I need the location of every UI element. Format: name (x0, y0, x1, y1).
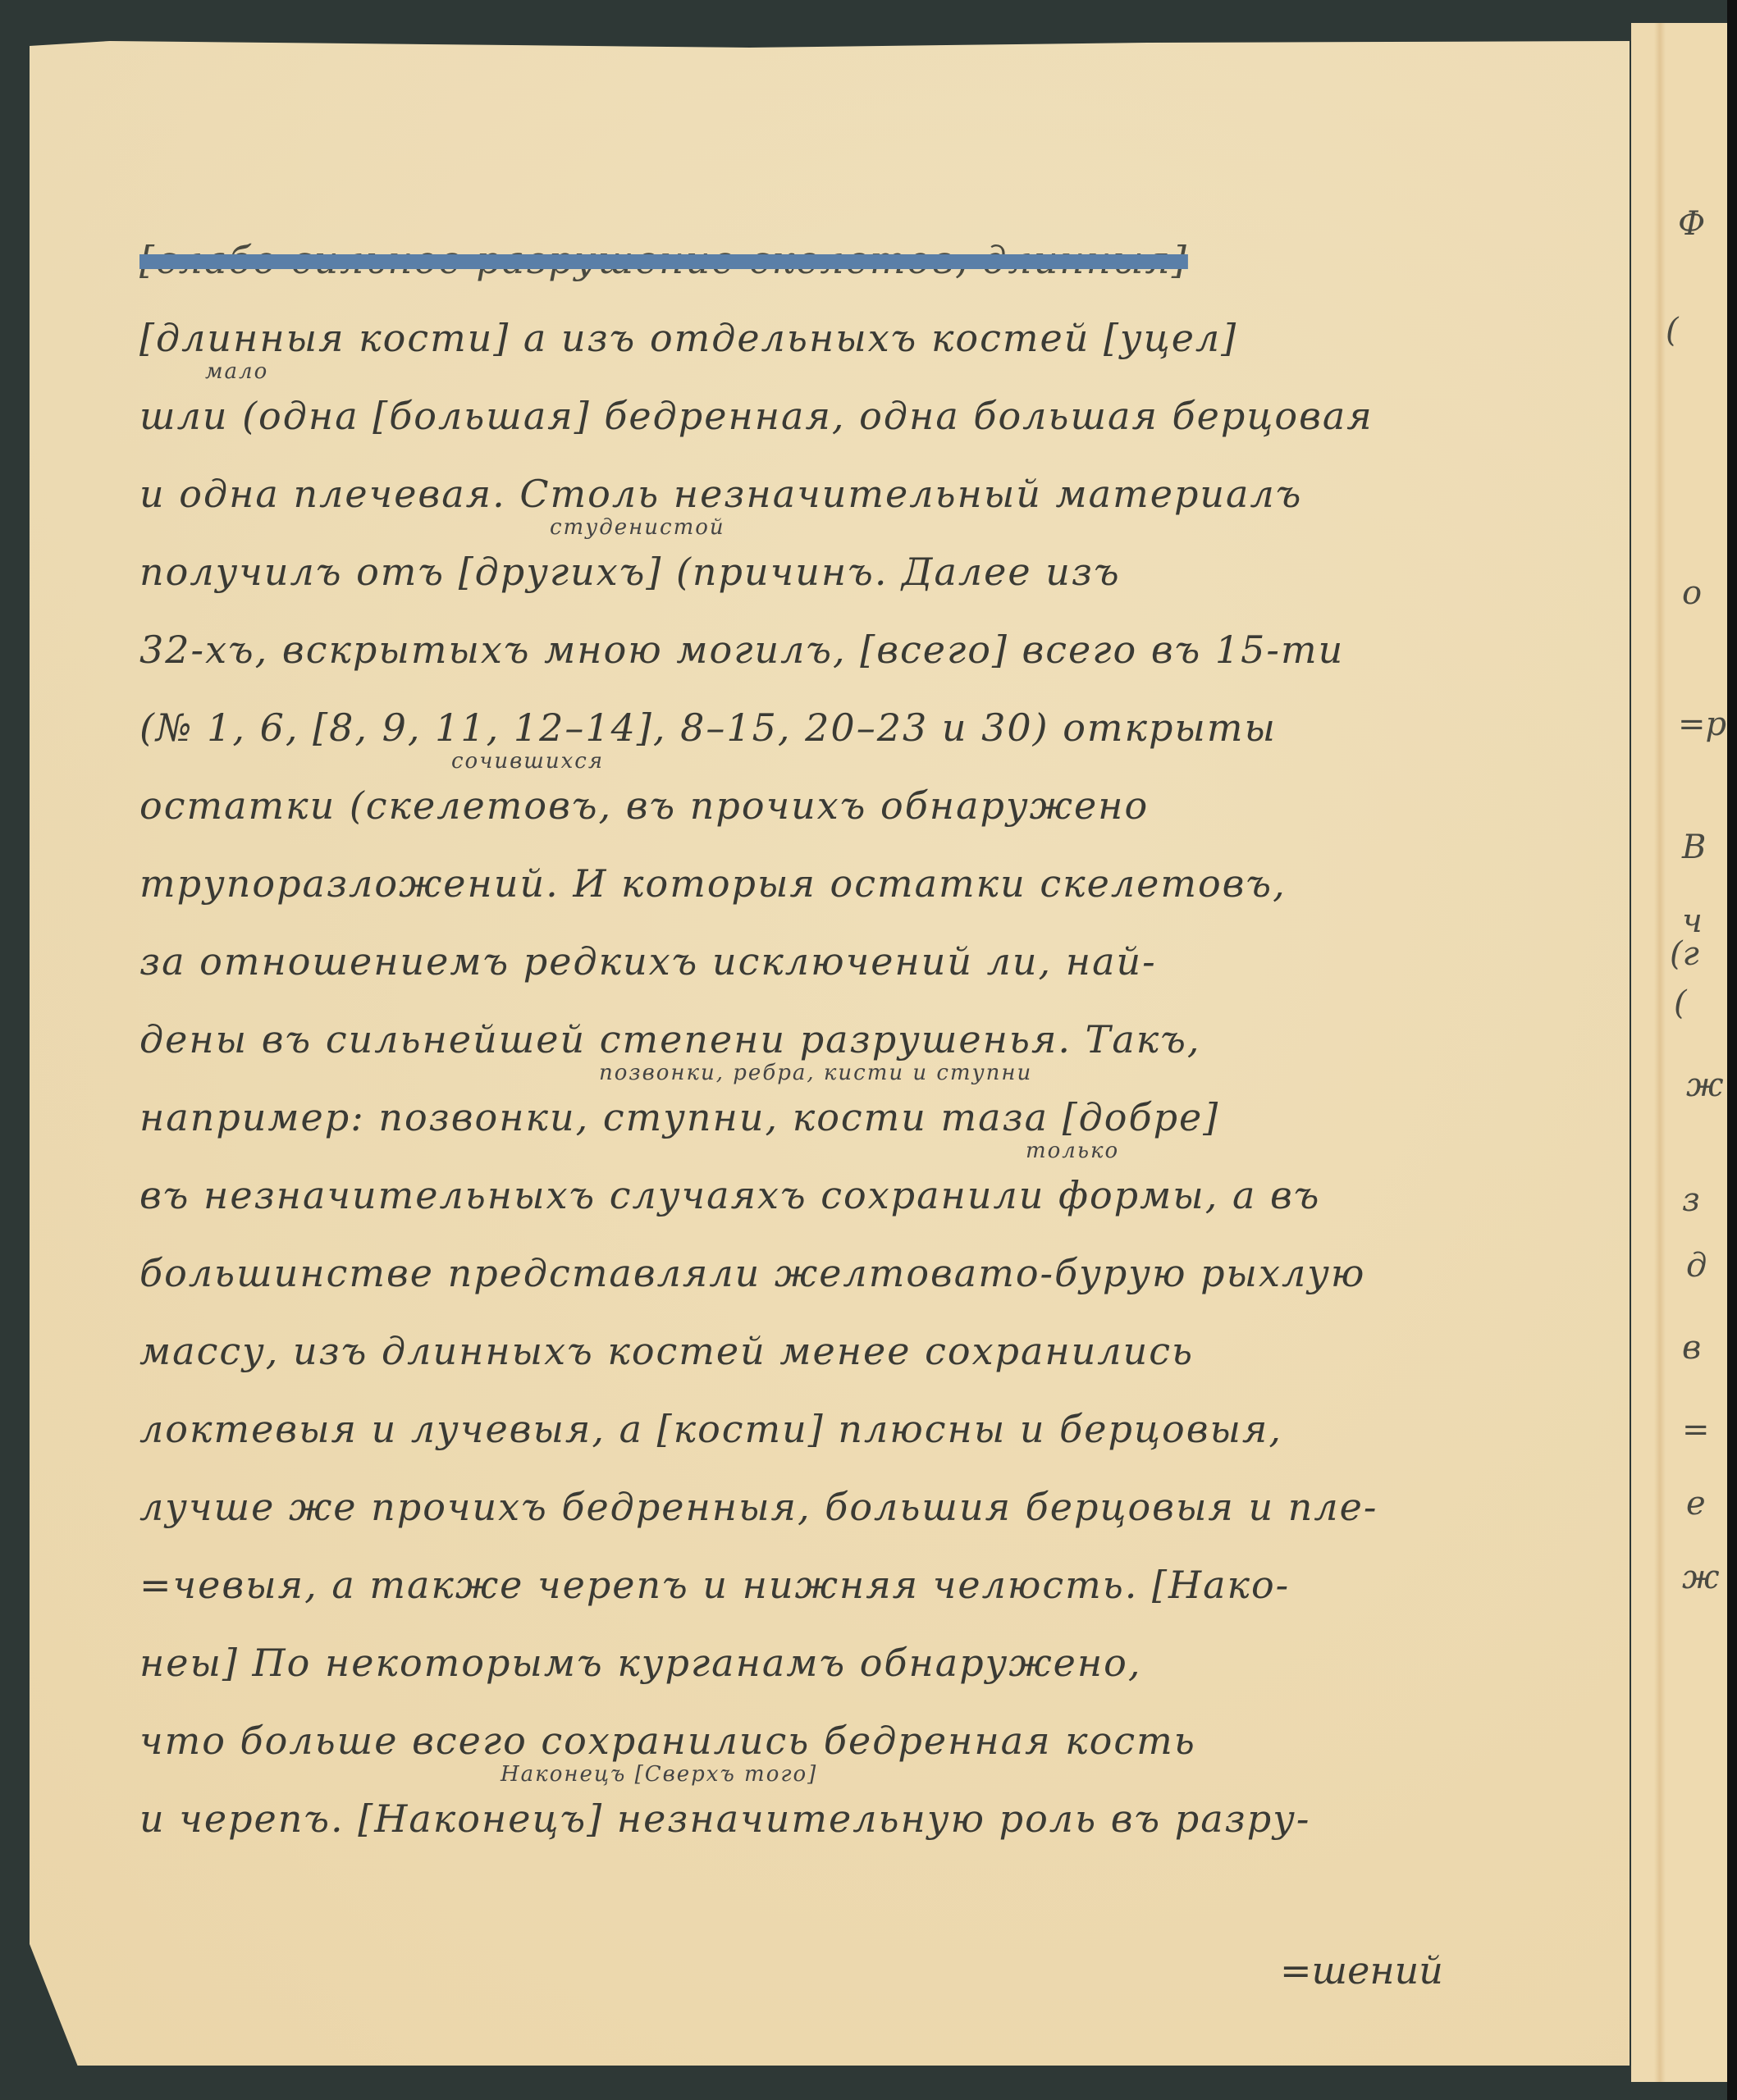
text-line: трупоразложений. И которыя остатки скеле… (139, 861, 1616, 939)
margin-fragment: е (1686, 1485, 1706, 1522)
margin-fragment: = (1682, 1411, 1710, 1449)
text-line: что больше всего сохранились бедренная к… (139, 1719, 1616, 1796)
margin-fragment: ж (1686, 1066, 1723, 1104)
text-line: локтевыя и лучевыя, а [кости] плюсны и б… (139, 1407, 1616, 1485)
text-line: (№ 1, 6, [8, 9, 11, 12–14], 8–15, 20–23 … (139, 705, 1616, 783)
text-line: за отношениемъ редкихъ исключений ли, на… (139, 939, 1616, 1017)
continuation-word: =шений (1280, 1948, 1443, 1993)
margin-fragment: д (1686, 1247, 1707, 1285)
margin-fragment: (г (1670, 935, 1699, 973)
margin-fragment: о (1682, 574, 1702, 612)
text-line: студенистойполучилъ отъ [другихъ] (причи… (139, 550, 1616, 628)
text-line: =чевыя, а также черепъ и нижняя челюсть.… (139, 1563, 1616, 1641)
text-line: позвонки, ребра, кисти и ступнинапример:… (139, 1095, 1616, 1173)
adjacent-page (1631, 23, 1737, 2082)
text-line: массу, изъ длинныхъ костей менее сохрани… (139, 1329, 1616, 1407)
text-line: неы] По некоторымъ курганамъ обнаружено, (139, 1641, 1616, 1719)
margin-fragment: Ф (1678, 205, 1705, 243)
margin-fragment: ж (1682, 1559, 1719, 1596)
interlinear-insert: позвонки, ребра, кисти и ступни (599, 1061, 1032, 1085)
text-line: сочившихсяостатки (скелетовъ, въ прочихъ… (139, 783, 1616, 861)
margin-fragment: в (1682, 1329, 1701, 1367)
interlinear-insert: мало (205, 359, 268, 384)
interlinear-insert: только (1026, 1139, 1119, 1163)
text-line: малошли (одна [большая] бедренная, одна … (139, 394, 1616, 472)
margin-fragment: ( (1666, 312, 1679, 349)
text-line: лучше же прочихъ бедренныя, большия берц… (139, 1485, 1616, 1563)
text-line: Наконецъ [Сверхъ того]и черепъ. [Наконец… (139, 1796, 1616, 1874)
manuscript-text: [слабо сильное разрушение скелетов, длин… (139, 238, 1616, 1874)
page-fold (1654, 23, 1666, 2082)
margin-fragment: з (1682, 1181, 1700, 1219)
text-line: [слабо сильное разрушение скелетов, длин… (139, 238, 1616, 316)
interlinear-insert: студенистой (550, 515, 725, 540)
text-line: большинстве представляли желтовато-бурую… (139, 1251, 1616, 1329)
text-line: [длинныя кости] а изъ отдельныхъ костей … (139, 316, 1616, 394)
interlinear-insert: Наконецъ [Сверхъ того] (501, 1762, 817, 1787)
interlinear-insert: сочившихся (451, 749, 604, 774)
margin-fragment: ( (1674, 984, 1687, 1022)
text-line: 32-хъ, вскрытыхъ мною могилъ, [всего] вс… (139, 628, 1616, 705)
margin-fragment: В (1682, 829, 1706, 866)
margin-fragment: =р (1678, 705, 1726, 743)
text-line: тольковъ незначительныхъ случаяхъ сохран… (139, 1173, 1616, 1251)
scan-edge (1727, 0, 1737, 2100)
text-line: и одна плечевая. Столь незначительный ма… (139, 472, 1616, 550)
